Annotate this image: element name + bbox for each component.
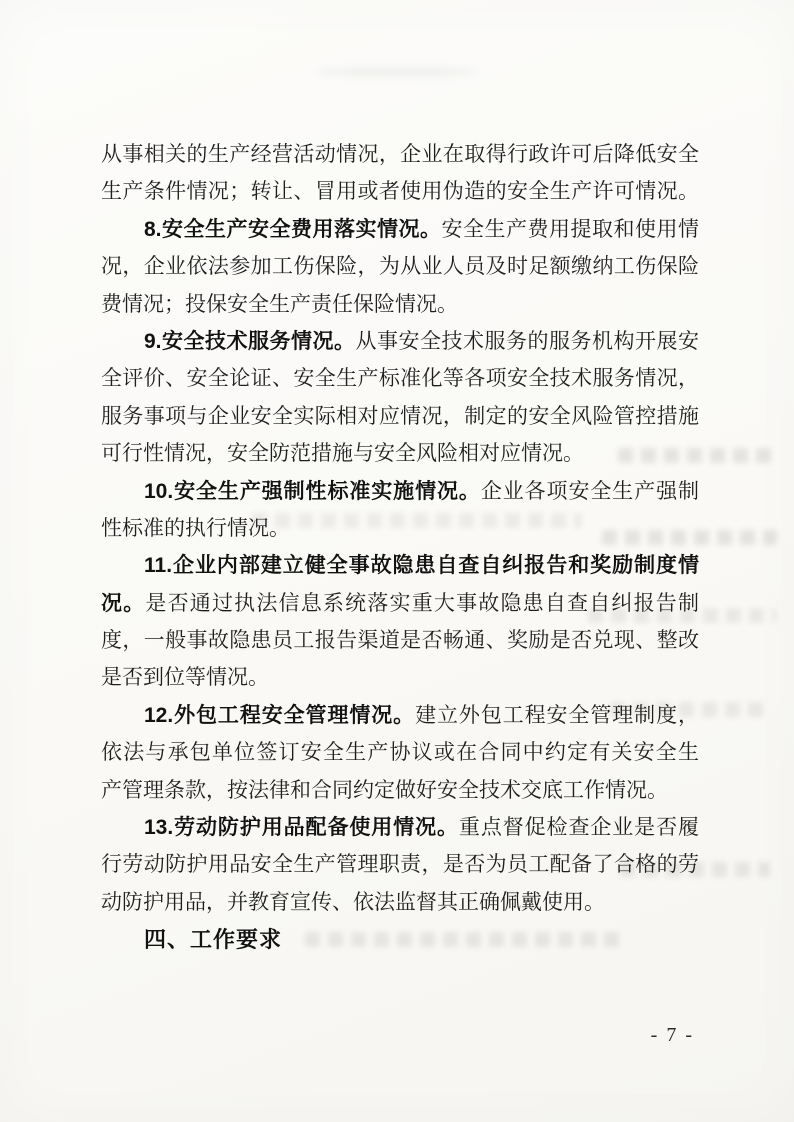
document-body: 从事相关的生产经营活动情况，企业在取得行政许可后降低安全生产条件情况；转让、冒用… [101,136,699,959]
text-line: 行劳动防护用品安全生产管理职责，是否为员工配备了合格的劳 [101,846,699,883]
text-run: 企业各项安全生产强制 [481,479,699,503]
text-run: 产管理条款，按法律和合同约定做好安全技术交底工作情况。 [101,778,668,802]
text-line: 依法与承包单位签订安全生产协议或在合同中约定有关安全生 [101,734,699,771]
text-line: 全评价、安全论证、安全生产标准化等各项安全技术服务情况， [101,360,699,397]
text-line: 性标准的执行情况。 [101,510,699,547]
bold-text-run: 9.安全技术服务情况。 [144,330,356,353]
bold-text-run: 12.外包工程安全管理情况。 [144,704,415,727]
text-line: 生产条件情况；转让、冒用或者使用伪造的安全生产许可情况。 [101,173,699,210]
text-run: 安全生产费用提取和使用情 [442,217,700,241]
scan-smudge-artifact [315,68,480,76]
text-line: 可行性情况，安全防范措施与安全风险相对应情况。 [101,435,699,472]
text-line: 费情况；投保安全生产责任保险情况。 [101,286,699,323]
text-line: 从事相关的生产经营活动情况，企业在取得行政许可后降低安全 [101,136,699,173]
bold-text-run: 11.企业内部建立健全事故隐患自查自纠报告和奖励制度情 [144,554,699,577]
text-run: 况，企业依法参加工伤保险，为从业人员及时足额缴纳工伤保险 [101,254,699,278]
text-run: 性标准的执行情况。 [101,516,290,540]
text-line: 11.企业内部建立健全事故隐患自查自纠报告和奖励制度情 [101,547,699,584]
bold-text-run: 10.安全生产强制性标准实施情况。 [144,480,481,503]
text-line: 是否到位等情况。 [101,659,699,696]
text-run: 服务事项与企业安全实际相对应情况，制定的安全风险管控措施 [101,404,699,428]
text-run: 行劳动防护用品安全生产管理职责，是否为员工配备了合格的劳 [101,852,699,876]
text-run: 是否到位等情况。 [101,665,269,689]
text-line: 13.劳动防护用品配备使用情况。重点督促检查企业是否履 [101,809,699,846]
bold-text-run: 四、工作要求 [144,927,282,952]
bold-text-run: 8.安全生产安全费用落实情况。 [144,218,442,241]
text-line: 9.安全技术服务情况。从事安全技术服务的服务机构开展安 [101,323,699,360]
text-line: 况。是否通过执法信息系统落实重大事故隐患自查自纠报告制 [101,585,699,622]
text-run: 生产条件情况；转让、冒用或者使用伪造的安全生产许可情况。 [101,179,699,203]
text-run: 重点督促检查企业是否履 [459,815,699,839]
text-line: 度，一般事故隐患员工报告渠道是否畅通、奖励是否兑现、整改 [101,622,699,659]
text-run: 动防护用品，并教育宣传、依法监督其正确佩戴使用。 [101,890,605,914]
text-run: 度，一般事故隐患员工报告渠道是否畅通、奖励是否兑现、整改 [101,628,699,652]
text-line: 服务事项与企业安全实际相对应情况，制定的安全风险管控措施 [101,398,699,435]
bold-text-run: 况。 [101,592,145,615]
text-run: 全评价、安全论证、安全生产标准化等各项安全技术服务情况， [101,366,699,390]
text-run: 是否通过执法信息系统落实重大事故隐患自查自纠报告制 [145,591,699,615]
page-number: - 7 - [651,1024,694,1047]
document-page: 从事相关的生产经营活动情况，企业在取得行政许可后降低安全生产条件情况；转让、冒用… [0,0,794,1122]
text-run: 建立外包工程安全管理制度， [415,703,699,727]
text-run: 依法与承包单位签订安全生产协议或在合同中约定有关安全生 [101,740,699,764]
text-run: 从事相关的生产经营活动情况，企业在取得行政许可后降低安全 [101,142,699,166]
text-line: 况，企业依法参加工伤保险，为从业人员及时足额缴纳工伤保险 [101,248,699,285]
bold-text-run: 13.劳动防护用品配备使用情况。 [144,816,459,839]
text-run: 从事安全技术服务的服务机构开展安 [356,329,700,353]
text-line: 动防护用品，并教育宣传、依法监督其正确佩戴使用。 [101,884,699,921]
text-run: 可行性情况，安全防范措施与安全风险相对应情况。 [101,441,584,465]
text-line: 12.外包工程安全管理情况。建立外包工程安全管理制度， [101,697,699,734]
text-line: 产管理条款，按法律和合同约定做好安全技术交底工作情况。 [101,772,699,809]
text-run: 费情况；投保安全生产责任保险情况。 [101,292,458,316]
text-line: 10.安全生产强制性标准实施情况。企业各项安全生产强制 [101,473,699,510]
text-line: 8.安全生产安全费用落实情况。安全生产费用提取和使用情 [101,211,699,248]
section-heading: 四、工作要求 [101,921,699,958]
